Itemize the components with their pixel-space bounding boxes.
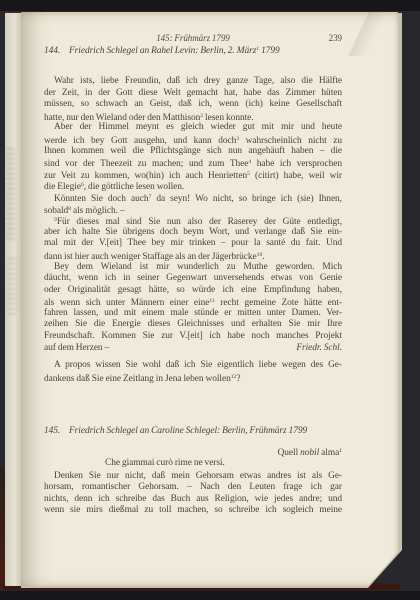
letter-number: 145.	[44, 426, 69, 437]
letter-heading: 144.Friedrich Schlegel an Rahel Levin: B…	[44, 44, 342, 55]
text-line: däucht, wenn ich in seiner Gegenwart unv…	[44, 273, 342, 285]
signature-row: auf dem Herzen –Friedr. Schl.	[44, 343, 342, 355]
paragraph: Bey dem Wieland ist mir wunderlich zu Mu…	[44, 262, 342, 355]
letter-body: Denken Sie nur nicht, daß mein Gehorsam …	[44, 471, 342, 517]
paragraph: Könnten Sie doch auch7 da seyn! Wo nicht…	[44, 192, 342, 215]
text-line: oder Originalität gesagt hätte, so würde…	[44, 285, 342, 297]
motto-line: Quell nobil alma1	[44, 446, 342, 458]
letter-145: 145.Friedrich Schlegel an Caroline Schle…	[44, 426, 342, 517]
text-line: sind vor der Theezeit zu machen; und zum…	[44, 157, 342, 169]
signature-left-text: auf dem Herzen –	[44, 343, 109, 355]
text-line: müssen, so schwach an Geist, daß ich, we…	[44, 99, 342, 111]
text-line: hatte, nur den Wieland oder den Matthiso…	[44, 111, 342, 123]
text-line: Denken Sie nur nicht, daß mein Gehorsam …	[44, 471, 342, 483]
text-line: der Zeit, in der Gott diese Welt gemacht…	[44, 88, 342, 100]
text-line: sobald8 als möglich. –	[44, 204, 342, 216]
text-line: Freundschaft. Kommen Sie zur V.[eit] ich…	[44, 331, 342, 343]
text-line: die Elegie6, die göttliche lesen wollen.	[44, 180, 342, 192]
text-line: A propos wissen Sie wohl daß ich Sie eig…	[44, 360, 342, 372]
verse-line: Che giammai curò rime ne versi.	[44, 458, 342, 470]
text-line: zur Veit zu kommen, wo(hin) ich auch Hen…	[44, 169, 342, 181]
letter-body: Wahr ists, liebe Freundin, daß ich drey …	[44, 76, 342, 383]
text-line: Wahr ists, liebe Freundin, daß ich drey …	[44, 76, 342, 88]
letter-number: 144.	[44, 46, 69, 57]
book-scan: 145: Frühmärz 1799 239 144.Friedrich Sch…	[0, 0, 420, 600]
paragraph: Denken Sie nur nicht, daß mein Gehorsam …	[44, 471, 342, 517]
text-line: 9Für dieses mal sind Sie nun also der Ra…	[44, 215, 342, 227]
letter-144: 144.Friedrich Schlegel an Rahel Levin: B…	[44, 44, 342, 383]
show-through-text	[6, 148, 15, 243]
text-line: aber ich halte Sie übrigens doch beym Wo…	[44, 227, 342, 239]
paragraph: 9Für dieses mal sind Sie nun also der Ra…	[44, 215, 342, 261]
text-line: wenn sie mirs dießmal zu toll machen, so…	[44, 505, 342, 517]
scan-strip-bottom	[0, 591, 420, 600]
signature: Friedr. Schl.	[296, 343, 342, 355]
show-through-text	[7, 258, 16, 318]
text-line: fahren lassen, und mit einem male stünde…	[44, 308, 342, 320]
text-line: dann ist hier auch weniger Staffage als …	[44, 250, 342, 262]
text-line: zeihen Sie die Energie dieses Gleichniss…	[44, 319, 342, 331]
text-line: Könnten Sie doch auch7 da seyn! Wo nicht…	[44, 192, 342, 204]
text-line: horsam, romantischer Gehorsam. – Nach de…	[44, 482, 342, 494]
letter-heading: 145.Friedrich Schlegel an Caroline Schle…	[44, 426, 342, 437]
text-line: Aber der Himmel meynt es gleich wieder g…	[44, 122, 342, 134]
scan-strip-top	[0, 0, 420, 11]
text-line: werde ich bey Gott ausgehn, und kann doc…	[44, 134, 342, 146]
running-head-title: 145: Frühmärz 1799	[156, 33, 230, 43]
paragraph: Wahr ists, liebe Freundin, daß ich drey …	[44, 76, 342, 122]
letters: 144.Friedrich Schlegel an Rahel Levin: B…	[44, 44, 342, 517]
paragraph: A propos wissen Sie wohl daß ich Sie eig…	[44, 360, 342, 383]
text-column: 145: Frühmärz 1799 239 144.Friedrich Sch…	[44, 33, 342, 517]
text-line: Bey dem Wieland ist mir wunderlich zu Mu…	[44, 262, 342, 274]
running-head: 145: Frühmärz 1799 239	[44, 33, 342, 44]
text-line: mal mit der V.[eit] Thee bey mir trinken…	[44, 238, 342, 250]
text-line: nichts, denn ich schreibe das Buch aus R…	[44, 494, 342, 506]
page-number: 239	[329, 33, 342, 44]
text-line: als wenn sich unter Männern einer eine11…	[44, 296, 342, 308]
text-line: dankens daß Sie eine Zeitlang in Jena le…	[44, 372, 342, 384]
paragraph: Aber der Himmel meynt es gleich wieder g…	[44, 122, 342, 192]
text-line: Ihnen kommen weil die Pflichtsgänge sich…	[44, 146, 342, 158]
